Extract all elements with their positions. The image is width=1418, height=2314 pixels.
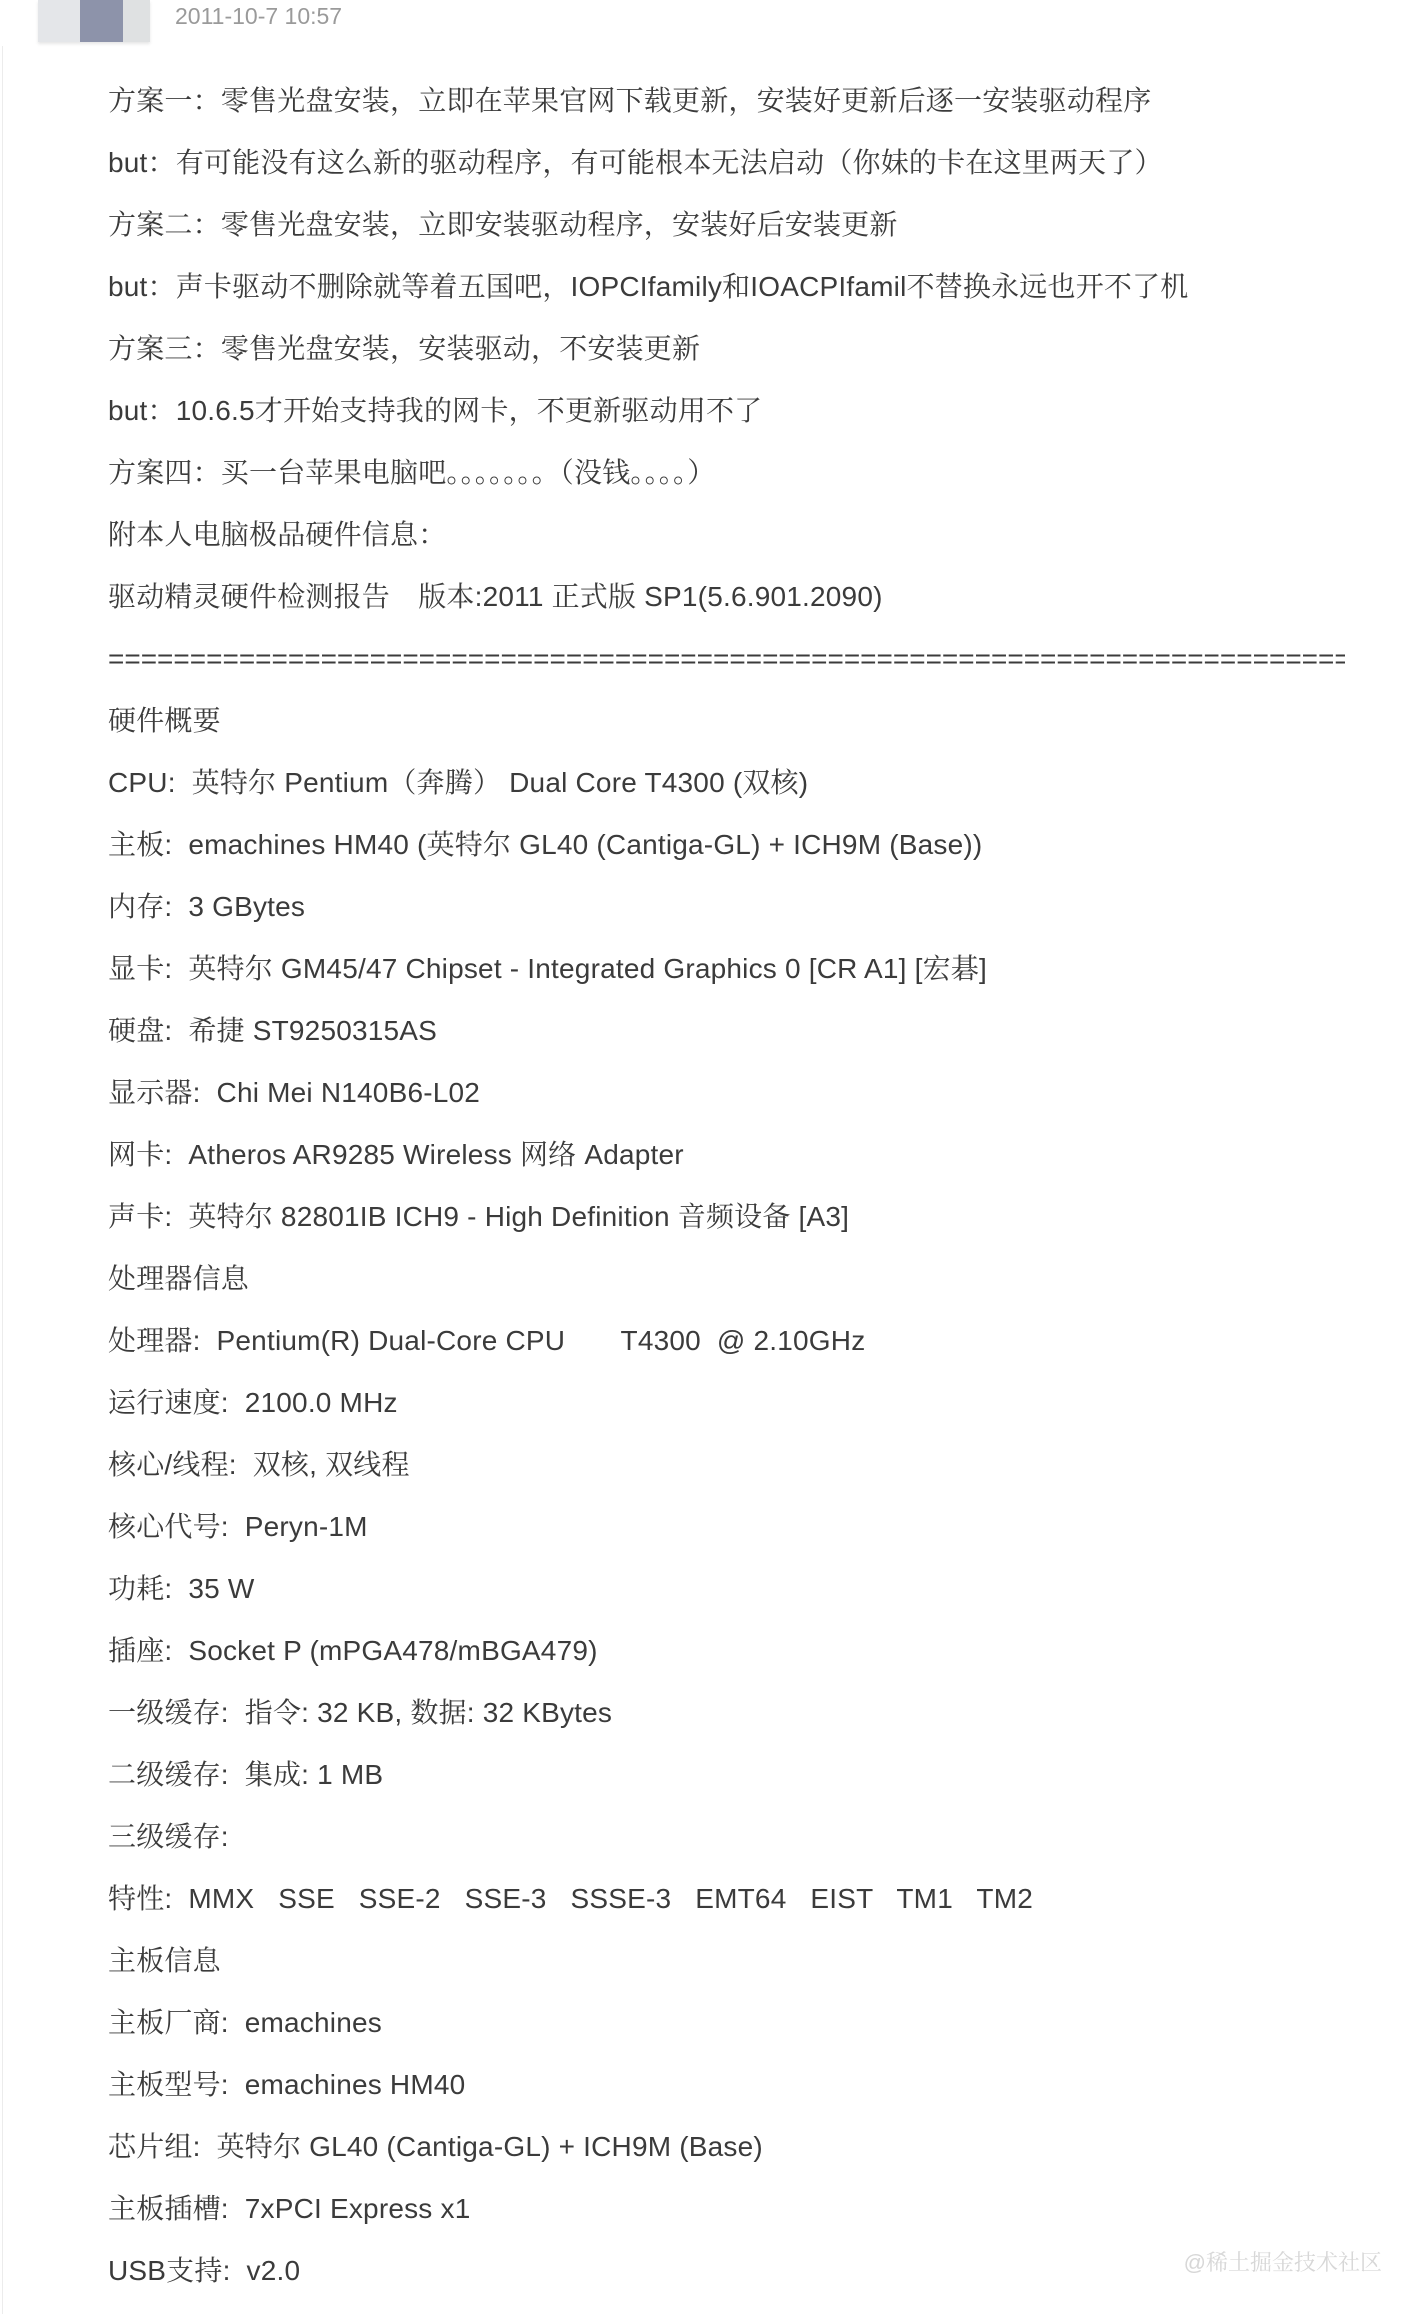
post-line: 运行速度: 2100.0 MHz (108, 1386, 1345, 1420)
post-line: USB支持: v2.0 (108, 2254, 1345, 2288)
post-line-section-title: 主板信息 (108, 1944, 1345, 1978)
post-line: 三级缓存: (108, 1820, 1345, 1854)
equals-divider-line: ========================================… (108, 642, 1345, 676)
post-line: but：10.6.5才开始支持我的网卡，不更新驱动用不了 (108, 394, 1345, 428)
post-content: 方案一：零售光盘安装，立即在苹果官网下载更新，安装好更新后逐一安装驱动程序 bu… (108, 84, 1345, 2314)
post-line: CPU: 英特尔 Pentium（奔腾） Dual Core T4300 (双核… (108, 766, 1345, 800)
post-line: 主板厂商: emachines (108, 2006, 1345, 2040)
post-line: 方案二：零售光盘安装，立即安装驱动程序，安装好后安装更新 (108, 208, 1345, 242)
post-line: 声卡: 英特尔 82801IB ICH9 - High Definition 音… (108, 1200, 1345, 1234)
user-avatar[interactable] (38, 0, 150, 42)
post-line-section-title: 处理器信息 (108, 1262, 1345, 1296)
post-line: 二级缓存: 集成: 1 MB (108, 1758, 1345, 1792)
post-header: 2011-10-7 10:57 (0, 0, 1418, 44)
post-line: but：声卡驱动不删除就等着五国吧，IOPCIfamily和IOACPIfami… (108, 270, 1345, 304)
post-line: 内存: 3 GBytes (108, 890, 1345, 924)
post-line: 核心代号: Peryn-1M (108, 1510, 1345, 1544)
avatar-image-middle (80, 0, 123, 42)
post-line: 处理器: Pentium(R) Dual-Core CPU T4300 @ 2.… (108, 1324, 1345, 1358)
avatar-image-right (123, 0, 150, 42)
post-line-section-title: 硬件概要 (108, 704, 1345, 738)
post-line: 芯片组: 英特尔 GL40 (Cantiga-GL) + ICH9M (Base… (108, 2130, 1345, 2164)
post-line: 方案一：零售光盘安装，立即在苹果官网下载更新，安装好更新后逐一安装驱动程序 (108, 84, 1345, 118)
post-line: 插座: Socket P (mPGA478/mBGA479) (108, 1634, 1345, 1668)
post-line: 主板型号: emachines HM40 (108, 2068, 1345, 2102)
post-line: 驱动精灵硬件检测报告 版本:2011 正式版 SP1(5.6.901.2090) (108, 580, 1345, 614)
post-line: 主板插槽: 7xPCI Express x1 (108, 2192, 1345, 2226)
post-timestamp: 2011-10-7 10:57 (175, 3, 342, 29)
site-watermark: @稀土掘金技术社区 (1184, 2250, 1382, 2276)
avatar-image-left (38, 0, 80, 42)
post-line: 主板: emachines HM40 (英特尔 GL40 (Cantiga-GL… (108, 828, 1345, 862)
post-line: 方案四：买一台苹果电脑吧。。。。。。。（没钱。。。。） (108, 456, 1345, 490)
post-line: 方案三：零售光盘安装，安装驱动，不安装更新 (108, 332, 1345, 366)
post-line: 功耗: 35 W (108, 1572, 1345, 1606)
post-line: but：有可能没有这么新的驱动程序，有可能根本无法启动（你妹的卡在这里两天了） (108, 146, 1345, 180)
post-line: 硬盘: 希捷 ST9250315AS (108, 1014, 1345, 1048)
post-line: 网卡: Atheros AR9285 Wireless 网络 Adapter (108, 1138, 1345, 1172)
post-line: 显示器: Chi Mei N140B6-L02 (108, 1076, 1345, 1110)
post-line: 特性: MMX SSE SSE-2 SSE-3 SSSE-3 EMT64 EIS… (108, 1882, 1345, 1916)
content-left-border (2, 46, 3, 2314)
post-line: 附本人电脑极品硬件信息： (108, 518, 1345, 552)
post-line: 核心/线程: 双核, 双线程 (108, 1448, 1345, 1482)
post-line: 一级缓存: 指令: 32 KB, 数据: 32 KBytes (108, 1696, 1345, 1730)
post-line: 显卡: 英特尔 GM45/47 Chipset - Integrated Gra… (108, 952, 1345, 986)
